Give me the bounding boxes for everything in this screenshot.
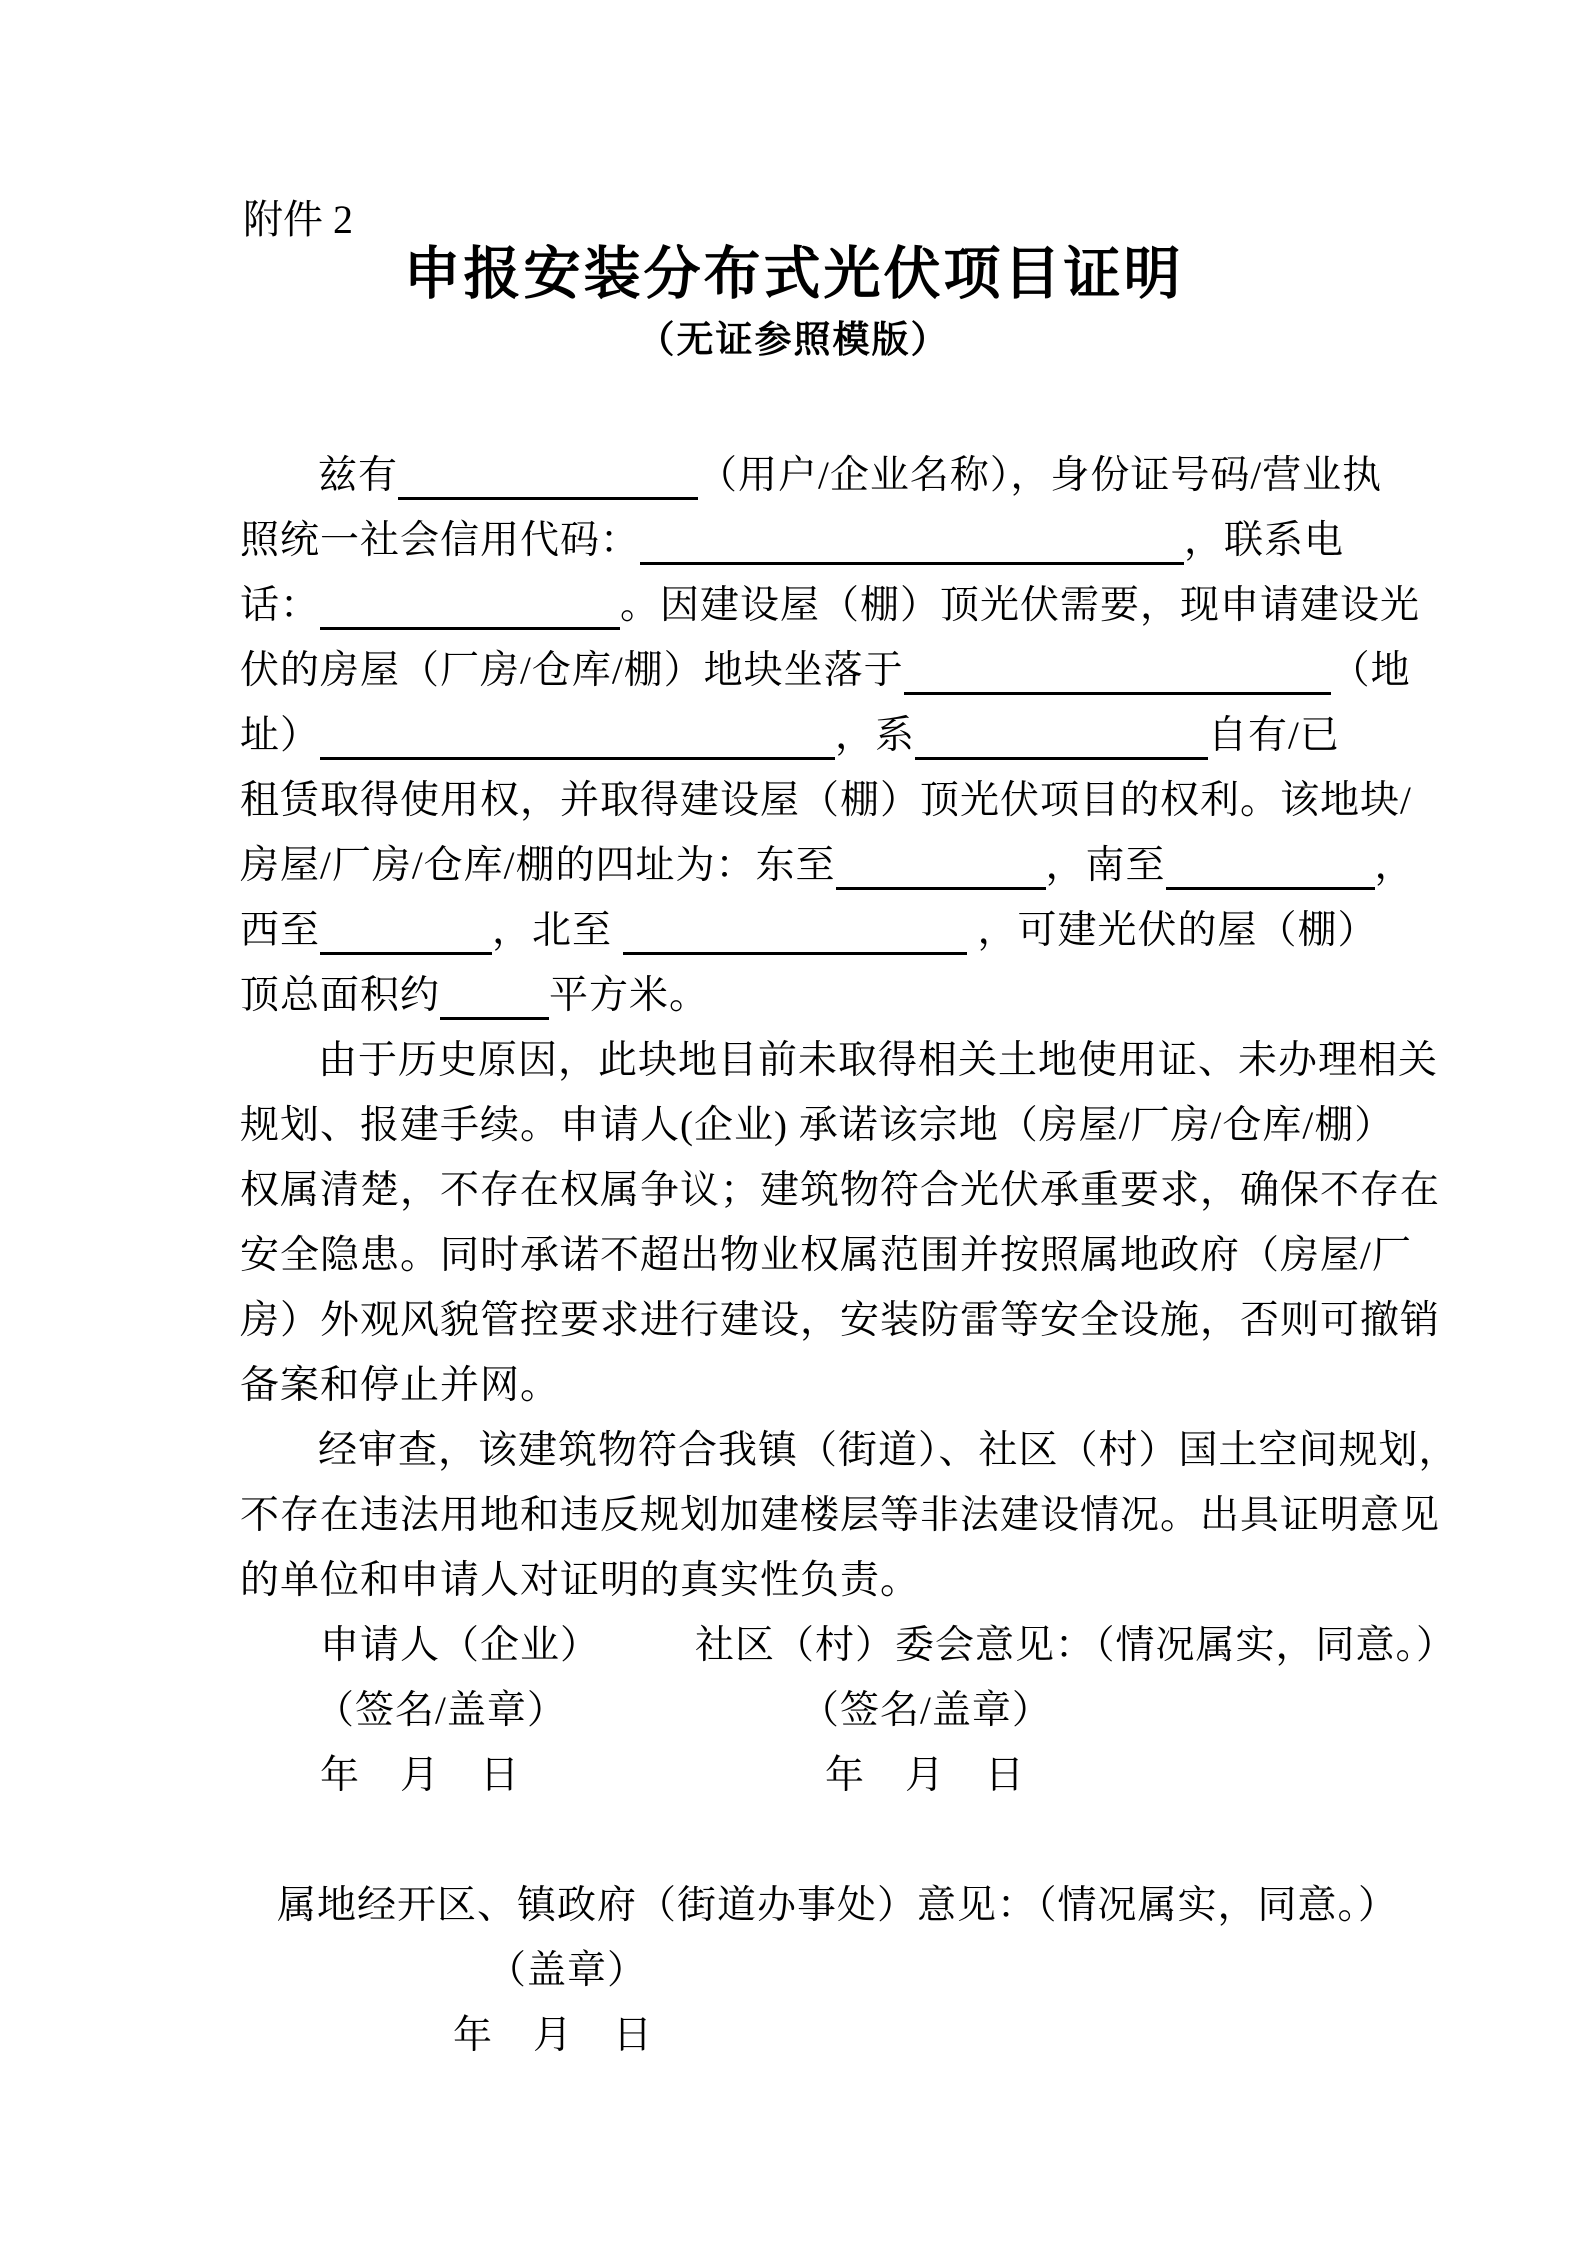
document-page: 附件 2 申报安装分布式光伏项目证明 （无证参照模版） 兹有（用户/企业名称），… [0,0,1587,2245]
body-text: ，可建光伏的屋（棚） [967,909,1378,952]
body-text: ，系 [835,714,915,757]
body-text: 房）外观风貌管控要求进行建设，安装防雷等安全设施，否则可撤销 [240,1299,1440,1342]
body-line: 备案和停止并网。 [240,1353,1420,1418]
body-text: 租赁取得使用权，并取得建设屋（棚）顶光伏项目的权利。该地块/ [240,779,1412,822]
body-text: 话： [240,584,320,627]
body-text: 照统一社会信用代码： [240,519,640,562]
applicant-sign-label: （签名/盖章） [315,1678,567,1743]
body-text: 经审查，该建筑物符合我镇（街道）、社区（村）国土空间规划， [318,1429,1459,1472]
body-line: 址），系自有/已 [240,703,1420,768]
body-line: 的单位和申请人对证明的真实性负责。 [240,1548,1420,1613]
body-text: ，北至 [492,909,623,952]
committee-opinion: 社区（村）委会意见：（情况属实，同意。） [695,1613,1456,1678]
body-line: 安全隐患。同时承诺不超出物业权属范围并按照属地政府（房屋/厂 [240,1223,1420,1288]
document-subtitle: （无证参照模版） [0,318,1587,364]
committee-sign-label: （签名/盖章） [800,1678,1052,1743]
body-line: 兹有（用户/企业名称），身份证号码/营业执 [240,443,1420,508]
body-text: 西至 [240,909,320,952]
fill-in-blank [1166,835,1375,890]
body-text: 兹有 [318,454,398,497]
body-text: 房屋/厂房/仓库/棚的四址为：东至 [240,844,836,887]
body-text: （用户/企业名称），身份证号码/营业执 [698,454,1382,497]
body-text: ， [1375,844,1415,887]
government-seal-label: （盖章） [487,1938,647,2003]
body-line: 权属清楚，不存在权属争议；建筑物符合光伏承重要求，确保不存在 [240,1158,1420,1223]
body-line: 顶总面积约平方米。 [240,963,1420,1028]
committee-date-label: 年 月 日 [825,1743,1025,1808]
body-text: 安全隐患。同时承诺不超出物业权属范围并按照属地政府（房屋/厂 [240,1234,1412,1277]
body-line: 伏的房屋（厂房/仓库/棚）地块坐落于（地 [240,638,1420,703]
body-line: 不存在违法用地和违反规划加建楼层等非法建设情况。出具证明意见 [240,1483,1420,1548]
fill-in-blank [440,965,549,1020]
fill-in-blank [640,510,1184,565]
body-text: 顶总面积约 [240,974,440,1017]
body-line: 话：。因建设屋（棚）顶光伏需要，现申请建设光 [240,573,1420,638]
fill-in-blank [320,705,835,760]
attachment-label: 附件 2 [243,196,353,244]
body-text: 备案和停止并网。 [240,1364,560,1407]
body-line: 照统一社会信用代码：，联系电 [240,508,1420,573]
body-text: 自有/已 [1208,714,1340,757]
body-text: 权属清楚，不存在权属争议；建筑物符合光伏承重要求，确保不存在 [240,1169,1440,1212]
body-text: ，南至 [1046,844,1166,887]
body-text: 的单位和申请人对证明的真实性负责。 [240,1559,920,1602]
fill-in-blank [398,445,698,500]
body-line: 规划、报建手续。申请人(企业) 承诺该宗地（房屋/厂房/仓库/棚） [240,1093,1420,1158]
body-line: 西至，北至 ，可建光伏的屋（棚） [240,898,1420,963]
fill-in-blank [836,835,1046,890]
body-text: 。因建设屋（棚）顶光伏需要，现申请建设光 [620,584,1420,627]
body-text: 伏的房屋（厂房/仓库/棚）地块坐落于 [240,649,904,692]
fill-in-blank [623,900,967,955]
body-line: 房屋/厂房/仓库/棚的四址为：东至，南至， [240,833,1420,898]
fill-in-blank [915,705,1208,760]
body-text: 址） [240,714,320,757]
fill-in-blank [320,900,492,955]
body-text: ，联系电 [1184,519,1344,562]
body-text: 规划、报建手续。申请人(企业) 承诺该宗地（房屋/厂房/仓库/棚） [240,1104,1394,1147]
body-text: 平方米。 [549,974,709,1017]
fill-in-blank [320,575,620,630]
government-date-label: 年 月 日 [453,2003,653,2068]
applicant-title: 申请人（企业） [320,1613,600,1678]
body-line: 由于历史原因，此块地目前未取得相关土地使用证、未办理相关 [240,1028,1420,1093]
body-line: 租赁取得使用权，并取得建设屋（棚）顶光伏项目的权利。该地块/ [240,768,1420,833]
document-body: 兹有（用户/企业名称），身份证号码/营业执照统一社会信用代码：，联系电话：。因建… [240,443,1420,1613]
government-opinion: 属地经开区、镇政府（街道办事处）意见：（情况属实，同意。） [277,1873,1398,1938]
body-line: 经审查，该建筑物符合我镇（街道）、社区（村）国土空间规划， [240,1418,1420,1483]
body-text: （地 [1331,649,1411,692]
body-text: 不存在违法用地和违反规划加建楼层等非法建设情况。出具证明意见 [240,1494,1440,1537]
applicant-date-label: 年 月 日 [320,1743,520,1808]
document-title: 申报安装分布式光伏项目证明 [0,240,1587,310]
fill-in-blank [904,640,1331,695]
body-text: 由于历史原因，此块地目前未取得相关土地使用证、未办理相关 [318,1039,1438,1082]
body-line: 房）外观风貌管控要求进行建设，安装防雷等安全设施，否则可撤销 [240,1288,1420,1353]
